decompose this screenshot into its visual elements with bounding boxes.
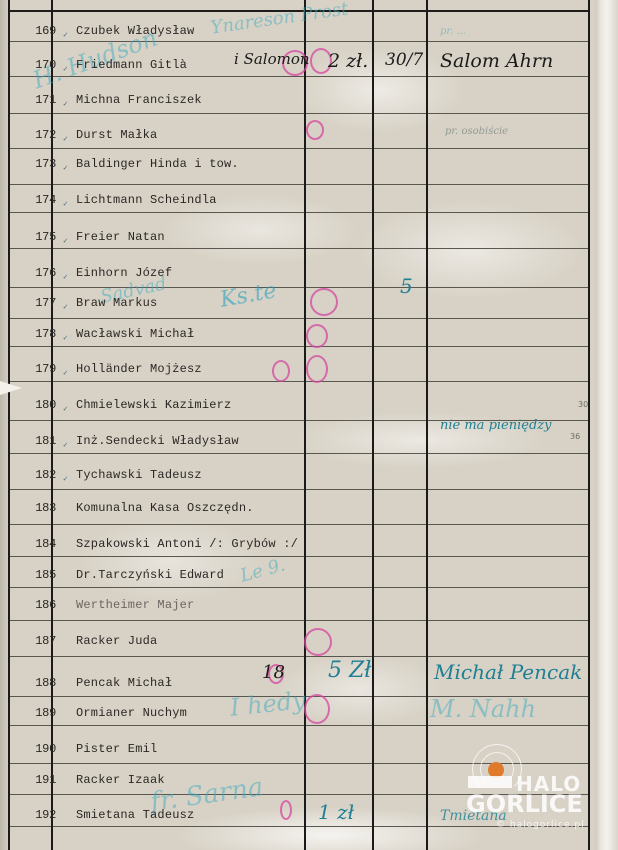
handwritten-amount: 1 zł (318, 800, 354, 824)
row-name: Durst Małka (76, 128, 157, 142)
row-number: 176 (24, 266, 56, 280)
handwritten-amount: 2 zł. (328, 50, 368, 72)
row-name: Braw Markus (76, 296, 157, 310)
row-name: Friedmann Gitlà (76, 58, 187, 72)
ledger-row: 183Komunalna Kasa Oszczędn. (8, 501, 590, 521)
row-number: 170 (24, 58, 56, 72)
faint-note: pr. osobiście (445, 126, 508, 137)
row-number: 180 (24, 398, 56, 412)
row-number: 191 (24, 773, 56, 787)
row-rule (8, 148, 590, 149)
ledger-row: 176✓Einhorn Józef (8, 266, 590, 286)
row-number: 175 (24, 230, 56, 244)
row-number: 190 (24, 742, 56, 756)
ledger-row: 174✓Lichtmann Scheindla (8, 193, 590, 213)
ledger-row: 171✓Michna Franciszek (8, 93, 590, 113)
row-number: 192 (24, 808, 56, 822)
row-rule (8, 318, 590, 319)
check-mark-icon: ✓ (63, 272, 68, 282)
row-name: Racker Izaak (76, 773, 165, 787)
row-rule (8, 489, 590, 490)
row-name: Pencak Michał (76, 676, 172, 690)
row-number: 177 (24, 296, 56, 310)
ledger-row: 169✓Czubek Władysław (8, 24, 590, 44)
row-name: Freier Natan (76, 230, 165, 244)
row-name: Ormianer Nuchym (76, 706, 187, 720)
ledger-row: 189Ormianer Nuchym (8, 706, 590, 726)
check-mark-icon: ✓ (63, 199, 68, 209)
row-number: 173 (24, 157, 56, 171)
row-rule (8, 113, 590, 114)
ledger-row: 185Dr.Tarczyński Edward (8, 568, 590, 588)
page-binding-edge (0, 0, 8, 850)
handwritten-mark: 18 (262, 662, 285, 683)
ledger-row: 181✓Inż.Sendecki Władysław (8, 434, 590, 454)
row-number: 186 (24, 598, 56, 612)
ledger-row: 187Racker Juda (8, 634, 590, 654)
check-mark-icon: ✓ (63, 368, 68, 378)
row-rule (8, 656, 590, 657)
ledger-row: 184Szpakowski Antoni /: Grybów :/ (8, 537, 590, 557)
row-name: Racker Juda (76, 634, 157, 648)
check-mark-icon: ✓ (63, 333, 68, 343)
watermark-url[interactable]: © halogorlice.pl (496, 820, 585, 830)
row-number: 185 (24, 568, 56, 582)
row-number: 172 (24, 128, 56, 142)
row-name: Smietana Tadeusz (76, 808, 194, 822)
row-number: 188 (24, 676, 56, 690)
handwritten-amount: 5 Zł (328, 658, 371, 683)
check-mark-icon: ✓ (63, 236, 68, 246)
ledger-row: 186Wertheimer Majer (8, 598, 590, 618)
row-name: Pister Emil (76, 742, 157, 756)
row-number: 181 (24, 434, 56, 448)
faint-note: pr. ... (440, 26, 466, 37)
check-mark-icon: ✓ (63, 440, 68, 450)
check-mark-icon: ✓ (63, 404, 68, 414)
row-name: Baldinger Hinda i tow. (76, 157, 239, 171)
handwritten-mark: 5 (400, 274, 413, 298)
row-number: 187 (24, 634, 56, 648)
ledger-row: 177✓Braw Markus (8, 296, 590, 316)
pencil-mark: 30 (578, 400, 588, 409)
row-name: Czubek Władysław (76, 24, 194, 38)
row-number: 184 (24, 537, 56, 551)
row-name: Einhorn Józef (76, 266, 172, 280)
row-name: Szpakowski Antoni /: Grybów :/ (76, 537, 298, 551)
row-name: Lichtmann Scheindla (76, 193, 217, 207)
pencil-mark: 36 (570, 432, 580, 441)
ledger-row: 180✓Chmielewski Kazimierz (8, 398, 590, 418)
row-rule (8, 287, 590, 288)
row-number: 174 (24, 193, 56, 207)
ledger-row: 182✓Tychawski Tadeusz (8, 468, 590, 488)
row-number: 189 (24, 706, 56, 720)
row-name: Wertheimer Majer (76, 598, 194, 612)
handwritten-signature: Salom Ahrn (440, 50, 553, 72)
check-mark-icon: ✓ (63, 30, 68, 40)
check-mark-icon: ✓ (63, 474, 68, 484)
row-rule (8, 524, 590, 525)
row-number: 178 (24, 327, 56, 341)
row-name: Komunalna Kasa Oszczędn. (76, 501, 254, 515)
watermark-gorlice: GORLICE (466, 790, 583, 818)
check-mark-icon: ✓ (63, 302, 68, 312)
row-name: Michna Franciszek (76, 93, 202, 107)
ledger-row: 173✓Baldinger Hinda i tow. (8, 157, 590, 177)
row-name: Chmielewski Kazimierz (76, 398, 231, 412)
row-number: 182 (24, 468, 56, 482)
row-rule (8, 620, 590, 621)
check-mark-icon: ✓ (63, 99, 68, 109)
row-name: Inż.Sendecki Władysław (76, 434, 239, 448)
row-number: 169 (24, 24, 56, 38)
ledger-row: 175✓Freier Natan (8, 230, 590, 250)
row-name: Holländer Mojżesz (76, 362, 202, 376)
row-number: 183 (24, 501, 56, 515)
skyline-icon (468, 776, 512, 788)
handwritten-annotation: i Salomon (234, 50, 310, 68)
check-mark-icon: ✓ (63, 64, 68, 74)
row-name: Dr.Tarczyński Edward (76, 568, 224, 582)
row-number: 171 (24, 93, 56, 107)
halo-gorlice-watermark: HALO GORLICE © halogorlice.pl (466, 748, 606, 838)
check-mark-icon: ✓ (63, 163, 68, 173)
handwritten-note: nie ma pieniędzy (440, 418, 551, 433)
check-mark-icon: ✓ (63, 134, 68, 144)
ledger-row: 178✓Wacławski Michał (8, 327, 590, 347)
row-name: Wacławski Michał (76, 327, 194, 341)
ledger-row: 179✓Holländer Mojżesz (8, 362, 590, 382)
page-right-margin (595, 0, 618, 850)
handwritten-date: 30/7 (385, 50, 423, 70)
row-number: 179 (24, 362, 56, 376)
row-rule (8, 184, 590, 185)
binding-tab-marker (0, 381, 22, 395)
handwritten-signature: Michał Pencak (434, 660, 582, 684)
ledger-page: Ynareson Prost H. Hudson Ks.te Sadvad Le… (0, 0, 618, 850)
row-name: Tychawski Tadeusz (76, 468, 202, 482)
